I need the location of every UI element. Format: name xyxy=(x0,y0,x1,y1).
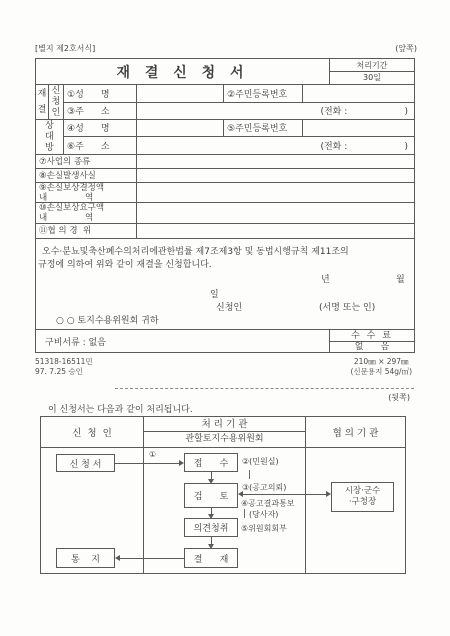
opponent-name-value xyxy=(137,120,224,137)
arrowhead-right-receipt xyxy=(179,460,184,466)
applicant-name-row: ①성 명 ②주민등록번호 xyxy=(64,85,414,103)
item-row-loss-fact: ⑧손실발생사실 xyxy=(36,168,414,182)
form-title-row: 재 결 신 청 서 처리기간 30일 xyxy=(36,59,414,84)
documents-row: 구비서류 : 없음 수 수 료 없 음 xyxy=(36,329,414,352)
fee-cell: 수 수 료 없 음 xyxy=(330,330,414,352)
column-divider-1 xyxy=(143,448,144,573)
form-code: 51318-16511민 xyxy=(35,357,93,367)
processing-period-label: 처리기간 xyxy=(330,59,414,72)
applicant-id-value xyxy=(303,85,414,102)
form-code-block: 51318-16511민 97. 7.25 승인 xyxy=(35,357,93,377)
label-jaegyeol: 재결 xyxy=(38,86,47,118)
arrow-application-to-receipt xyxy=(115,463,182,464)
label-applicant: 신청인 xyxy=(52,86,61,119)
party-rows: ①성 명 ②주민등록번호 ③주 소 (전화 : ) ④성 명 ⑤주민등록번호 xyxy=(64,85,414,154)
item-value-claimed-amount xyxy=(137,203,414,223)
applicant-name-label: ①성 명 xyxy=(64,85,137,102)
item-row-consultation: ⑪협 의 경 위 xyxy=(36,223,414,238)
date-month: 월 xyxy=(396,272,405,285)
arrowhead-down-hearing xyxy=(208,514,214,519)
form-approved: 97. 7.25 승인 xyxy=(35,367,93,377)
item-value-loss-fact xyxy=(137,169,414,182)
opponent-phone: (전화 : ) xyxy=(137,137,414,154)
opponent-addr-label: ⑥주 소 xyxy=(64,137,137,154)
item-value-consultation xyxy=(137,224,414,238)
step3-label: ③(공고의뢰) xyxy=(242,482,286,493)
opponent-label-cell: 상대방 xyxy=(36,120,63,154)
col-header-applicant: 신 청 인 xyxy=(41,417,144,447)
applicant-phone: (전화 : ) xyxy=(137,103,414,119)
arrow-review-mayor xyxy=(241,494,329,495)
processing-period-cell: 처리기간 30일 xyxy=(330,59,414,84)
process-flow-area: 신 청 서 접 수 검 토 의견청취 결 재 통 지 시장·군수 ·구청장 ① xyxy=(41,448,405,573)
item-label-loss-fact: ⑧손실발생사실 xyxy=(36,169,137,182)
col-header-consult: 협 의 기 관 xyxy=(306,417,405,447)
applicant-addr-row: ③주 소 (전화 : ) xyxy=(64,103,414,120)
process-intro: 이 신청서는 다음과 같이 처리됩니다. xyxy=(48,402,193,415)
item-label-consultation: ⑪협 의 경 위 xyxy=(36,224,137,238)
applicant-id-label: ②주민등록번호 xyxy=(224,85,303,102)
item-label-claimed-amount: ⑩손실보상요구액 내 역 xyxy=(36,203,137,223)
arrow-approval-to-notice xyxy=(118,558,184,559)
item-row-claimed-amount: ⑩손실보상요구액 내 역 xyxy=(36,202,414,223)
applicant-name-value xyxy=(137,85,224,102)
flow-box-hearing: 의견청취 xyxy=(184,518,238,537)
opponent-id-label: ⑤주민등록번호 xyxy=(224,120,303,137)
party-section: 재결 신청인 상대방 ①성 명 ②주민등록번호 ③주 소 (전화 : xyxy=(36,84,414,154)
sign-note: (서명 또는 인) xyxy=(319,300,375,313)
step5-label: ⑤위원회회부 xyxy=(241,523,287,534)
item-value-decided-amount xyxy=(137,183,414,202)
party-left-labels: 재결 신청인 상대방 xyxy=(36,85,64,154)
processing-period-value: 30일 xyxy=(330,72,414,84)
item-label-business: ⑦사업의 종류 xyxy=(36,155,137,168)
item-row-business: ⑦사업의 종류 xyxy=(36,154,414,168)
date-day: 일 xyxy=(210,287,219,300)
item-row-decided-amount: ⑨손실보상결정액 내 역 xyxy=(36,182,414,202)
arrowhead-down-review xyxy=(208,479,214,484)
fee-value: 없 음 xyxy=(330,342,414,352)
item-label-decided-amount: ⑨손실보상결정액 내 역 xyxy=(36,183,137,202)
step4-sub-label: (당사자) xyxy=(249,509,278,520)
form-title: 재 결 신 청 서 xyxy=(36,59,330,84)
arrowhead-left-notice xyxy=(115,555,120,561)
flow-box-notice: 통 지 xyxy=(56,548,115,568)
column-divider-2 xyxy=(305,448,306,573)
statement-block: 오수·분뇨및축산폐수의처리에관한법률 제7조제3항 및 동법시행규칙 제11조의… xyxy=(36,238,414,329)
flow-box-mayor: 시장·군수 ·구청장 xyxy=(331,482,394,512)
step1-label: ① xyxy=(149,450,156,459)
fee-label: 수 수 료 xyxy=(330,330,414,342)
opponent-name-label: ④성 명 xyxy=(64,120,137,137)
recipient: ○ ○ 토지수용위원회 귀하 xyxy=(56,313,159,326)
paper-spec-block: 210㎜ × 297㎜ (신문용지 54g/㎡) xyxy=(350,357,412,377)
col-header-agency: 처 리 기 관 관할토지수용위원회 xyxy=(144,417,306,447)
applicant-label-cell: 재결 신청인 xyxy=(36,85,63,120)
opponent-addr-row: ⑥주 소 (전화 : ) xyxy=(64,137,414,154)
flow-box-receipt: 접 수 xyxy=(184,453,238,472)
step2-label: ②(민원실) xyxy=(242,456,279,467)
form-ref: [별지 제2호서식] xyxy=(35,43,95,54)
flow-tick-1 xyxy=(249,470,250,479)
flow-box-application: 신 청 서 xyxy=(56,454,115,472)
process-table-header: 신 청 인 처 리 기 관 관할토지수용위원회 협 의 기 관 xyxy=(41,417,405,448)
signer-label: 신청인 xyxy=(216,300,242,313)
applicant-addr-label: ③주 소 xyxy=(64,103,137,119)
documents-label: 구비서류 : 없음 xyxy=(36,330,330,352)
process-table: 신 청 인 처 리 기 관 관할토지수용위원회 협 의 기 관 신 청 서 접 … xyxy=(40,416,406,574)
paper-size: 210㎜ × 297㎜ xyxy=(350,357,412,367)
front-note: (앞쪽) xyxy=(395,43,417,54)
tear-line xyxy=(115,388,414,389)
col-header-agency-title: 처 리 기 관 xyxy=(144,417,305,432)
step4-label: ④공고결과통보 xyxy=(241,498,295,509)
paper-type: (신문용지 54g/㎡) xyxy=(350,367,412,377)
arrowhead-right-mayor xyxy=(326,491,331,497)
back-note: (뒷쪽) xyxy=(388,392,410,403)
adjudication-form: 재 결 신 청 서 처리기간 30일 재결 신청인 상대방 ①성 명 xyxy=(35,58,415,353)
top-note-row: [별지 제2호서식] (앞쪽) xyxy=(35,43,417,54)
flow-box-approval: 결 재 xyxy=(184,548,238,568)
statement-line2: 규정에 의하여 위와 같이 재결을 신청합니다. xyxy=(38,257,212,270)
label-opponent: 상대방 xyxy=(45,121,54,154)
statement-line1: 오수·분뇨및축산폐수의처리에관한법률 제7조제3항 및 동법시행규칙 제11조의 xyxy=(42,244,349,257)
item-value-business xyxy=(137,155,414,168)
col-header-agency-sub: 관할토지수용위원회 xyxy=(144,432,305,447)
arrowhead-down-approval xyxy=(208,544,214,549)
opponent-name-row: ④성 명 ⑤주민등록번호 xyxy=(64,120,414,138)
opponent-id-value xyxy=(303,120,414,137)
date-year: 년 xyxy=(321,272,330,285)
flow-tick-2 xyxy=(244,509,245,518)
flow-box-review: 검 토 xyxy=(184,483,238,508)
form-footer: 51318-16511민 97. 7.25 승인 210㎜ × 297㎜ (신문… xyxy=(35,357,420,377)
scanned-form-page: [별지 제2호서식] (앞쪽) 재 결 신 청 서 처리기간 30일 재결 신청… xyxy=(0,0,450,636)
